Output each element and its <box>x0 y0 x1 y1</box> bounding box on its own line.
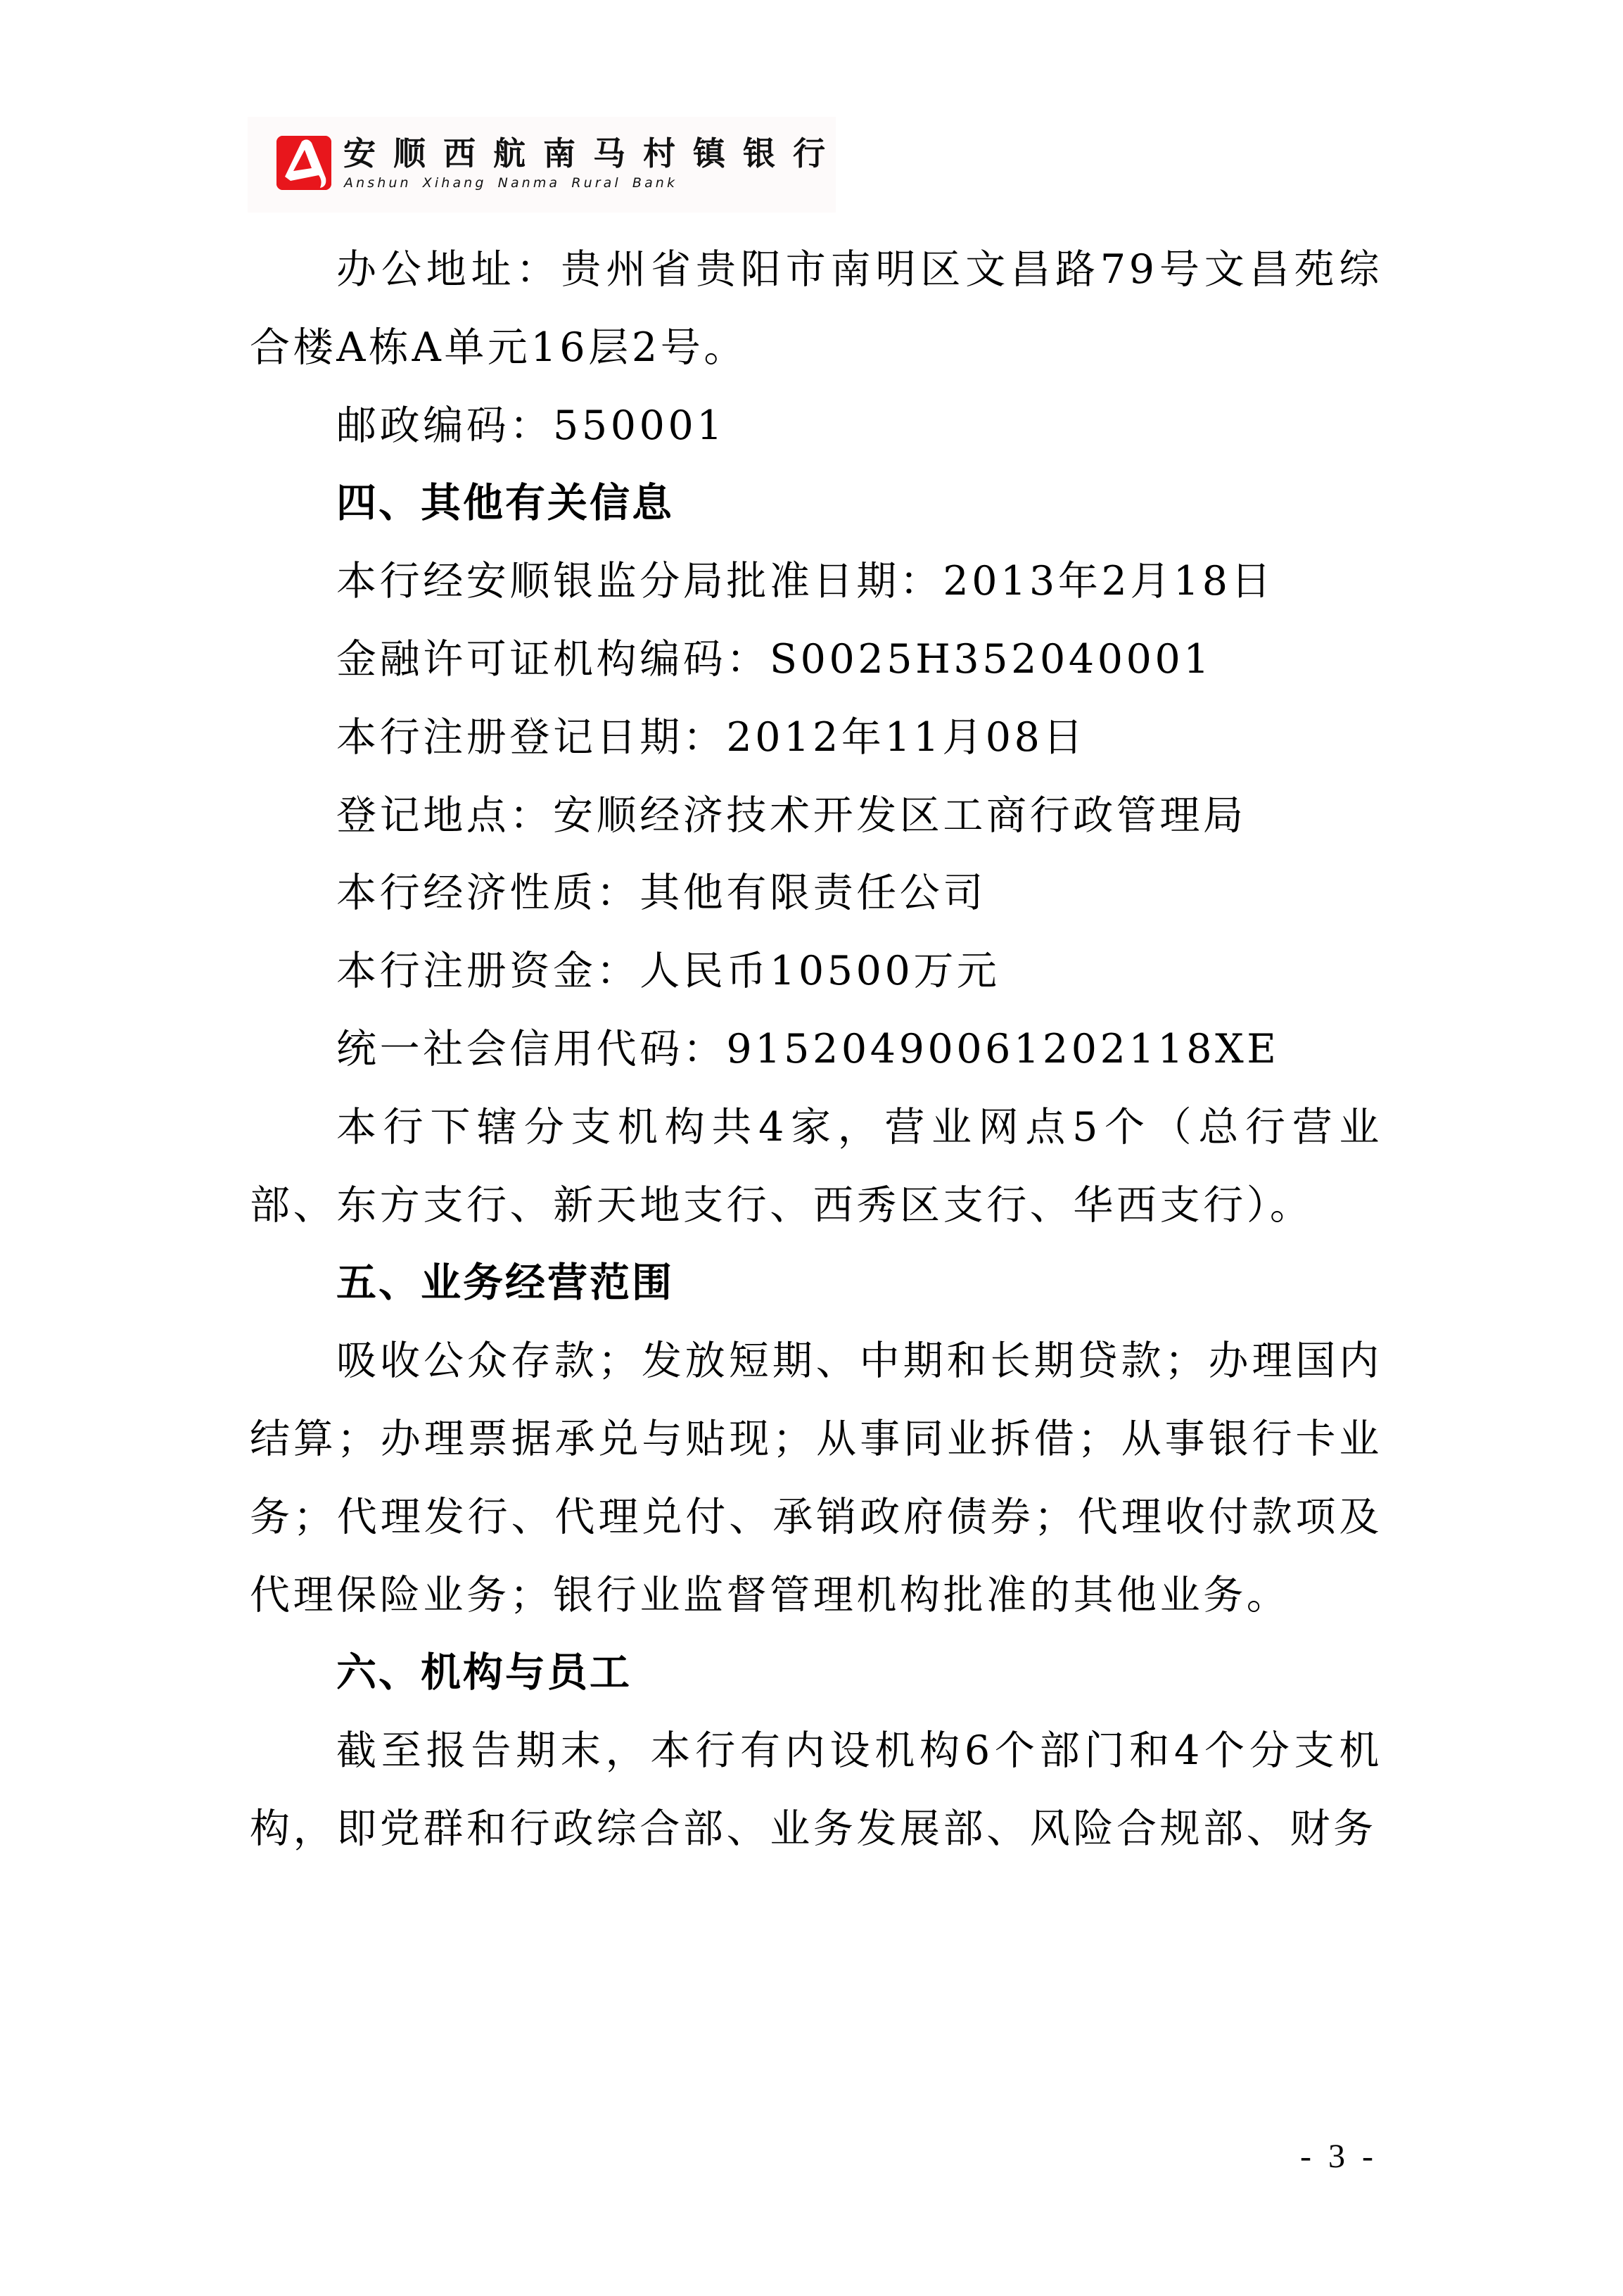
bank-a-logo-icon <box>276 136 331 190</box>
license-code: 金融许可证机构编码：S0025H352040001 <box>250 621 1382 699</box>
registration-date: 本行注册登记日期：2012年11月08日 <box>250 699 1382 777</box>
bank-name-cn: 安顺西航南马村镇银行 <box>343 135 843 172</box>
bank-name-en: Anshun Xihang Nanma Rural Bank <box>344 175 677 191</box>
section-heading-organization: 六、机构与员工 <box>250 1634 1382 1712</box>
registration-place: 登记地点：安顺经济技术开发区工商行政管理局 <box>250 777 1382 855</box>
credit-code: 统一社会信用代码：91520490061202118XE <box>250 1010 1382 1089</box>
postal-code: 邮政编码：550001 <box>250 387 1382 465</box>
page-number: - 3 - <box>1268 2132 1409 2181</box>
section-heading-other-info: 四、其他有关信息 <box>250 464 1382 543</box>
organization-intro: 截至报告期末，本行有内设机构6个部门和4个分支机构，即党群和行政综合部、业务发展… <box>250 1712 1382 1868</box>
bank-logo-header: 安顺西航南马村镇银行 Anshun Xihang Nanma Rural Ban… <box>248 117 836 213</box>
office-address: 办公地址：贵州省贵阳市南明区文昌路79号文昌苑综合楼A栋A单元16层2号。 <box>250 231 1382 387</box>
business-scope: 吸收公众存款；发放短期、中期和长期贷款；办理国内结算；办理票据承兑与贴现；从事同… <box>250 1322 1382 1634</box>
section-heading-business-scope: 五、业务经营范围 <box>250 1244 1382 1322</box>
economic-nature: 本行经济性质：其他有限责任公司 <box>250 854 1382 932</box>
document-body: 办公地址：贵州省贵阳市南明区文昌路79号文昌苑综合楼A栋A单元16层2号。 邮政… <box>250 231 1382 1868</box>
approval-date: 本行经安顺银监分局批准日期：2013年2月18日 <box>250 543 1382 621</box>
registered-capital: 本行注册资金：人民币10500万元 <box>250 932 1382 1010</box>
branches-info: 本行下辖分支机构共4家，营业网点5个（总行营业部、东方支行、新天地支行、西秀区支… <box>250 1089 1382 1245</box>
